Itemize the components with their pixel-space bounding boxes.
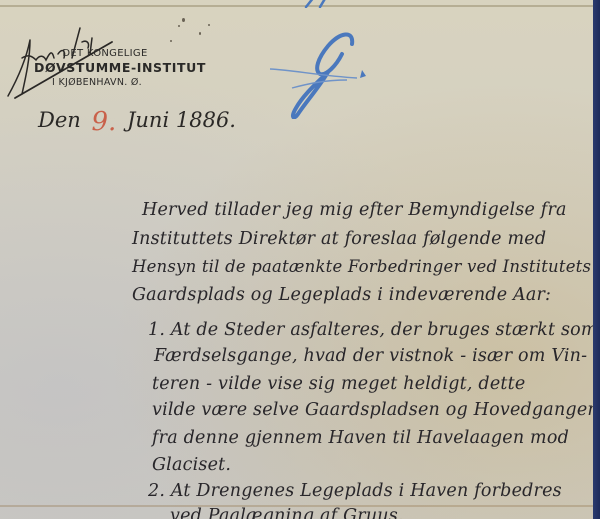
body-line-12: ved Paalægning af Gruus. <box>170 506 404 519</box>
body-line-3: Hensyn til de paatænkte Forbedringer ved… <box>132 257 591 276</box>
body-line-2: Instituttets Direktør at foreslaa følgen… <box>132 229 546 249</box>
document-page: DET KONGELIGE DØVSTUMME-INSTITUT I KJØBE… <box>0 0 593 519</box>
date-year: 1886. <box>176 108 236 132</box>
body-line-1: Herved tillader jeg mig efter Bemyndigel… <box>142 200 567 220</box>
body-line-9: fra denne gjennem Haven til Havelaagen m… <box>152 428 569 448</box>
date-month: Juni <box>127 108 169 132</box>
blue-pencil-g-mark-icon <box>262 14 372 119</box>
letterhead-line-2: DØVSTUMME-INSTITUT <box>34 59 170 77</box>
binder-edge <box>593 0 600 519</box>
body-line-5: 1. At de Steder asfalteres, der bruges s… <box>148 320 598 340</box>
body-line-7: teren - vilde vise sig meget heldigt, de… <box>152 374 525 394</box>
body-line-8: vilde være selve Gaardspladsen og Hovedg… <box>152 400 599 420</box>
body-line-4: Gaardsplads og Legeplads i indeværende A… <box>132 285 551 305</box>
letterhead: DET KONGELIGE DØVSTUMME-INSTITUT I KJØBE… <box>30 48 170 88</box>
date-prefix: Den <box>38 108 81 132</box>
body-line-6: Færdselsgange, hvad der vistnok - især o… <box>154 346 587 366</box>
blue-pencil-mark-icon <box>302 0 342 8</box>
date-line: Den 9. Juni 1886. <box>38 104 236 134</box>
letterhead-line-1: DET KONGELIGE <box>40 48 170 59</box>
date-day: 9. <box>91 107 116 137</box>
body-line-10: Glaciset. <box>152 455 231 475</box>
letterhead-line-3: I KJØBENHAVN. Ø. <box>24 77 170 88</box>
body-line-11: 2. At Drengenes Legeplads i Haven forbed… <box>148 481 562 501</box>
paper-fold-top <box>0 5 593 7</box>
